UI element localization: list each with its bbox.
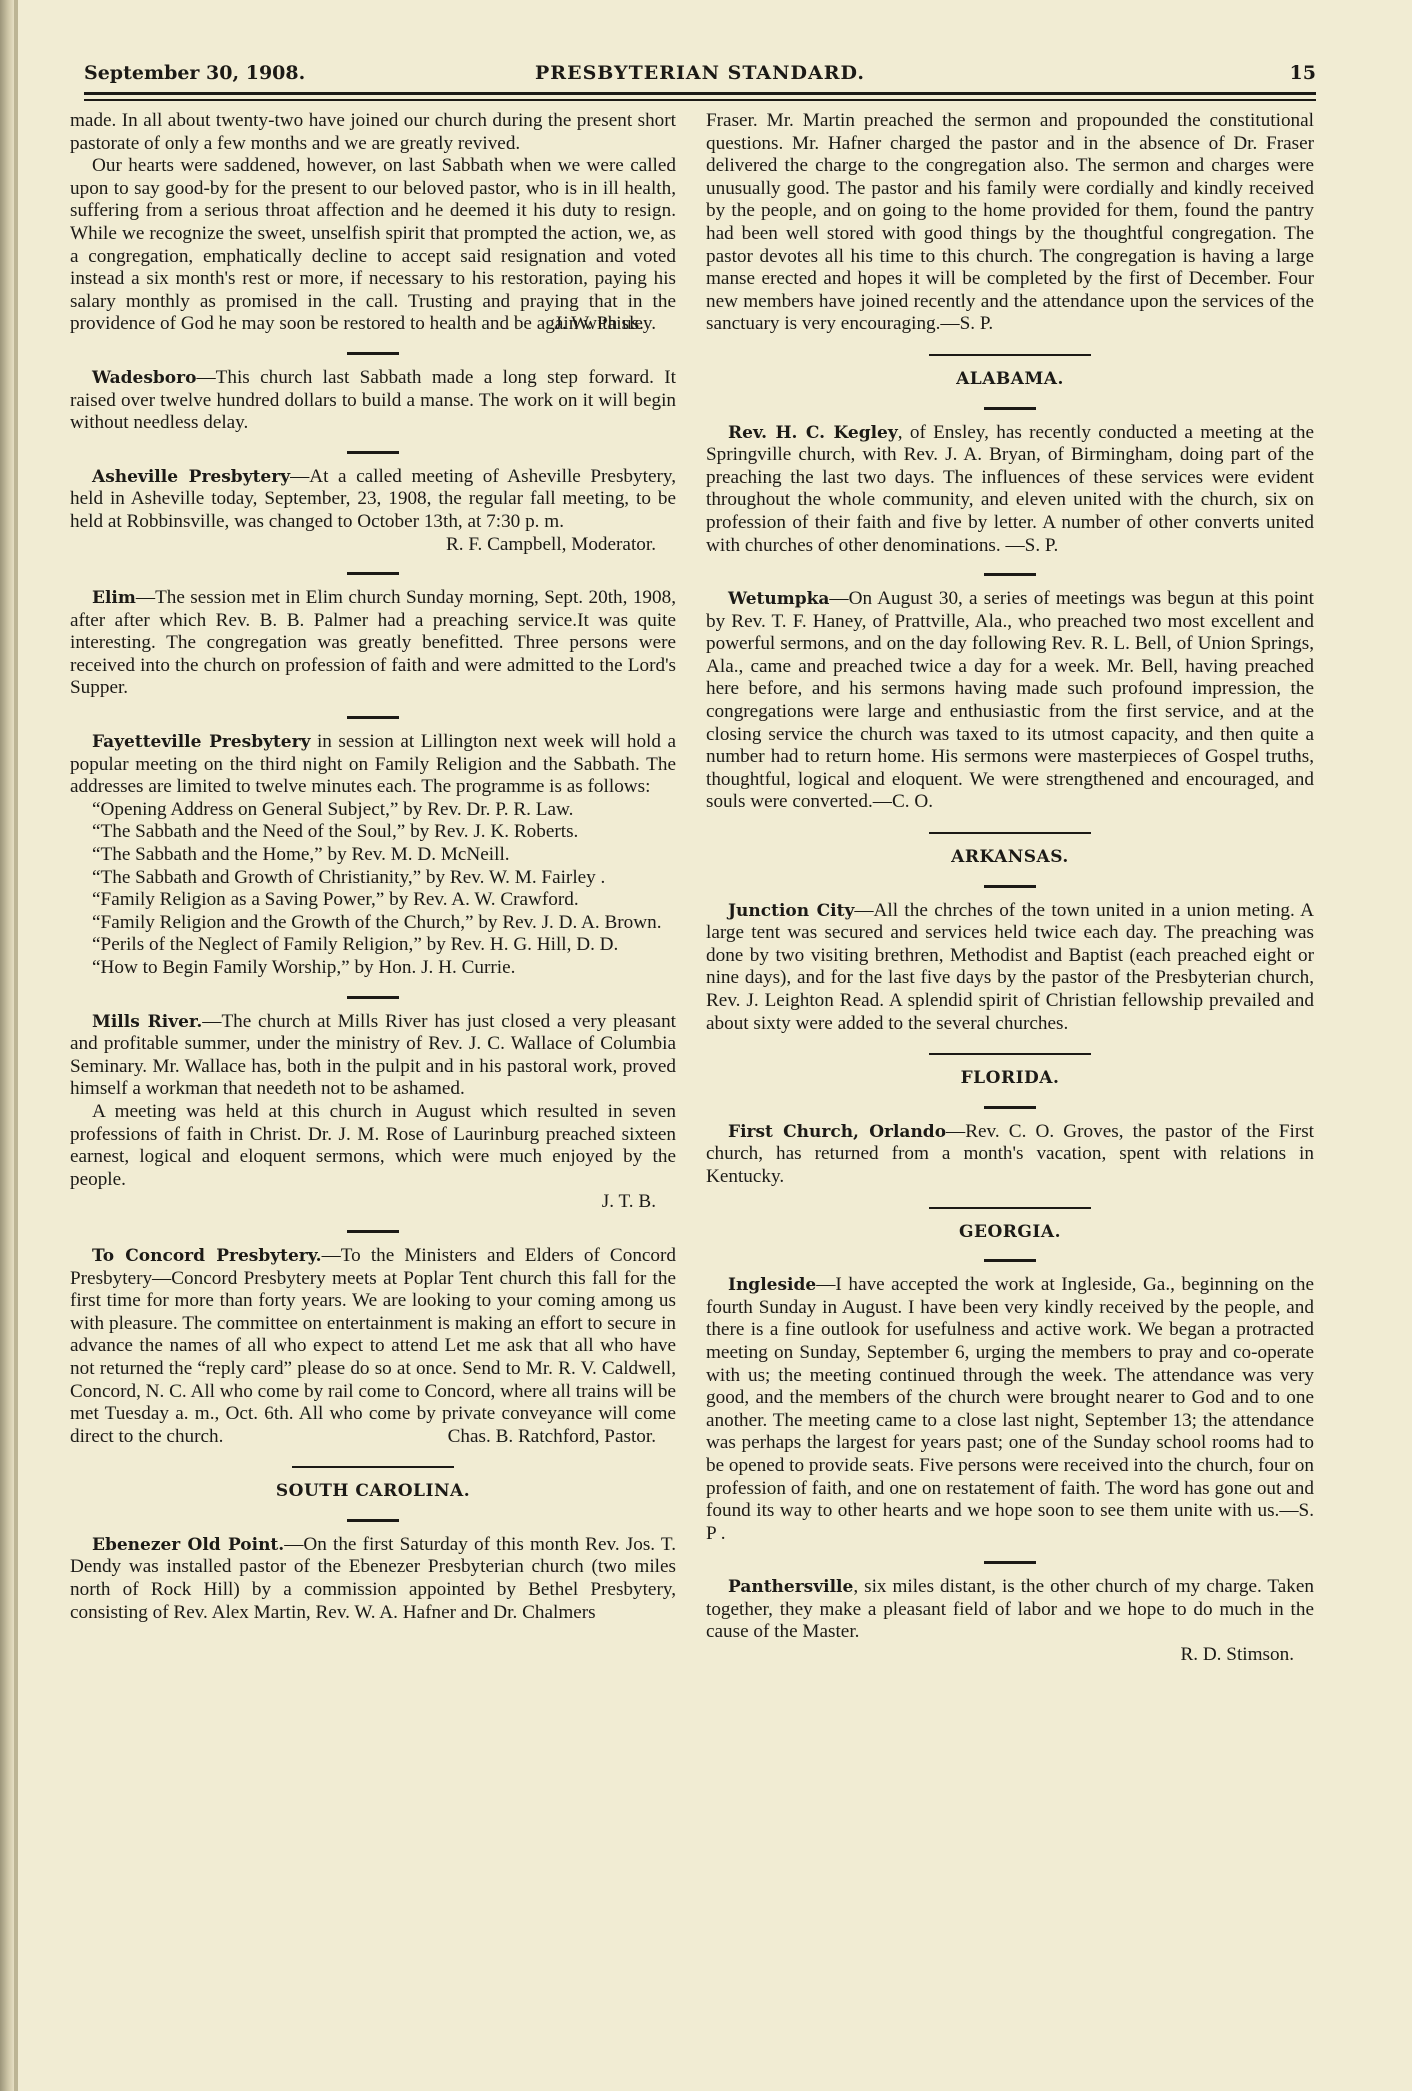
state-heading-south-carolina: SOUTH CAROLINA. [70, 1480, 676, 1503]
article-heading: Ingleside [728, 1275, 816, 1295]
article-asheville: Asheville Presbytery—At a called meeting… [70, 466, 676, 534]
separator [292, 1466, 454, 1468]
right-column: Fraser. Mr. Martin preached the sermon a… [706, 110, 1314, 1667]
paragraph: A meeting was held at this church in Aug… [70, 1101, 676, 1191]
programme-item: “Family Religion and the Growth of the C… [70, 912, 676, 935]
separator [984, 885, 1036, 888]
programme-item: “Perils of the Neglect of Family Religio… [70, 934, 676, 957]
article-heading: To Concord Presbytery. [92, 1246, 322, 1266]
separator [984, 1561, 1036, 1564]
article-heading: First Church, Orlando [728, 1122, 946, 1142]
separator [929, 1053, 1091, 1055]
article-ingleside: Ingleside—I have accepted the work at In… [706, 1274, 1314, 1545]
programme-item: “The Sabbath and the Home,” by Rev. M. D… [70, 844, 676, 867]
signature: R. D. Stimson. [706, 1644, 1314, 1667]
signature: R. F. Campbell, Moderator. [70, 534, 676, 557]
separator [984, 1259, 1036, 1262]
left-column: made. In all about twenty-two have joine… [70, 110, 676, 1624]
article-wadesboro: Wadesboro—This church last Sabbath made … [70, 367, 676, 435]
article-heading: Panthersville [728, 1577, 853, 1597]
article-panthersville: Panthersville, six miles distant, is the… [706, 1576, 1314, 1644]
article-text: —To the Ministers and Elders of Concord … [70, 1245, 676, 1447]
article-heading: Fayetteville Presbytery [92, 732, 310, 752]
separator [347, 996, 399, 999]
article-heading: Asheville Presbytery [92, 467, 290, 487]
article-text: —On August 30, a series of meetings was … [706, 588, 1314, 812]
separator [347, 1230, 399, 1233]
programme-item: “Family Religion as a Saving Power,” by … [70, 889, 676, 912]
separator [347, 716, 399, 719]
separator [347, 352, 399, 355]
separator [984, 573, 1036, 576]
state-heading-georgia: GEORGIA. [706, 1221, 1314, 1244]
page-header: September 30, 1908. PRESBYTERIAN STANDAR… [84, 62, 1316, 90]
state-heading-arkansas: ARKANSAS. [706, 846, 1314, 869]
paragraph: Fraser. Mr. Martin preached the sermon a… [706, 110, 1314, 336]
separator [929, 354, 1091, 356]
separator [929, 1207, 1091, 1209]
article-heading: Elim [92, 588, 136, 608]
programme-item: “Opening Address on General Subject,” by… [70, 799, 676, 822]
programme-item: “The Sabbath and Growth of Christianity,… [70, 867, 676, 890]
article-fayetteville: Fayetteville Presbytery in session at Li… [70, 731, 676, 799]
separator [347, 451, 399, 454]
separator [929, 832, 1091, 834]
separator [984, 1106, 1036, 1109]
article-mills-river: Mills River.—The church at Mills River h… [70, 1011, 676, 1101]
paragraph: Our hearts were saddened, however, on la… [70, 155, 676, 336]
article-heading: Ebenezer Old Point. [92, 1535, 284, 1555]
article-wetumpka: Wetumpka—On August 30, a series of meeti… [706, 588, 1314, 814]
header-rule-top [84, 92, 1316, 95]
article-text: —The session met in Elim church Sunday m… [70, 587, 676, 698]
article-heading: Wadesboro [92, 368, 196, 388]
article-junction-city: Junction City—All the chrches of the tow… [706, 900, 1314, 1036]
article-concord: To Concord Presbytery.—To the Ministers … [70, 1245, 676, 1448]
page-binding-edge [0, 0, 14, 2091]
article-heading: Wetumpka [728, 589, 829, 609]
article-orlando: First Church, Orlando—Rev. C. O. Groves,… [706, 1121, 1314, 1189]
header-rule-bottom [84, 99, 1316, 101]
paragraph: made. In all about twenty-two have joine… [70, 110, 676, 155]
separator [984, 407, 1036, 410]
article-ebenezer: Ebenezer Old Point.—On the first Saturda… [70, 1534, 676, 1624]
separator [347, 572, 399, 575]
signature: J. T. B. [70, 1191, 676, 1214]
article-text: —I have accepted the work at Ingleside, … [706, 1274, 1314, 1544]
publication-title: PRESBYTERIAN STANDARD. [84, 62, 1316, 84]
article-heading: Rev. H. C. Kegley [728, 423, 898, 443]
programme-item: “How to Begin Family Worship,” by Hon. J… [70, 957, 676, 980]
state-heading-florida: FLORIDA. [706, 1067, 1314, 1090]
page-number: 15 [1290, 62, 1316, 84]
article-elim: Elim—The session met in Elim church Sund… [70, 587, 676, 700]
article-kegley: Rev. H. C. Kegley, of Ensley, has recent… [706, 422, 1314, 558]
separator [347, 1519, 399, 1522]
article-heading: Mills River. [92, 1012, 202, 1032]
page-binding-shadow [14, 0, 18, 2091]
article-heading: Junction City [728, 901, 854, 921]
state-heading-alabama: ALABAMA. [706, 368, 1314, 391]
programme-item: “The Sabbath and the Need of the Soul,” … [70, 821, 676, 844]
